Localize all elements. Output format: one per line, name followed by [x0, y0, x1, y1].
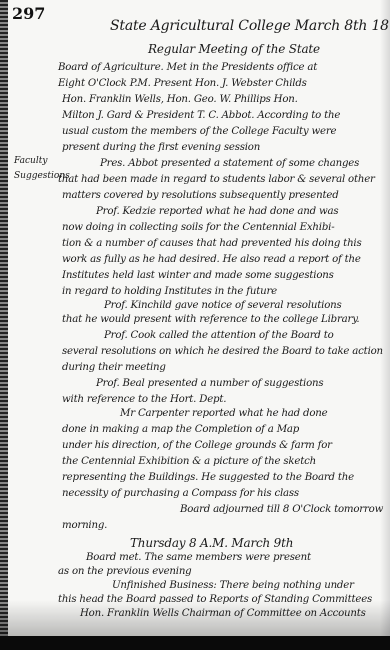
text-line: morning. [62, 520, 107, 531]
section-heading-thursday: Thursday 8 A.M. March 9th [130, 536, 293, 550]
text-line: Mr Carpenter reported what he had done [120, 408, 327, 419]
page-number: 297 [12, 4, 45, 23]
text-line: Hon. Franklin Wells, Hon. Geo. W. Philli… [62, 94, 298, 105]
text-line: during their meeting [62, 362, 166, 373]
text-line: Prof. Cook called the attention of the B… [104, 330, 334, 341]
document-page: 297 State Agricultural College March 8th… [0, 0, 390, 640]
text-line: Eight O'Clock P.M. Present Hon. J. Webst… [58, 78, 307, 89]
text-line: that he would present with reference to … [62, 314, 359, 325]
text-line: Milton J. Gard & President T. C. Abbot. … [62, 110, 340, 121]
document-title: State Agricultural College March 8th 187… [110, 18, 390, 34]
text-line: under his direction, of the College grou… [62, 440, 332, 451]
text-line: now doing in collecting soils for the Ce… [62, 222, 334, 233]
text-line: Prof. Kedzie reported what he had done a… [96, 206, 338, 217]
text-line: Unfinished Business: There being nothing… [112, 580, 354, 591]
margin-note-faculty-suggestions: Faculty Suggestions [14, 154, 64, 184]
text-line: Hon. Franklin Wells Chairman of Committe… [80, 608, 366, 619]
text-line: as on the previous evening [58, 566, 192, 577]
text-line: that had been made in regard to students… [58, 174, 375, 185]
text-line: matters covered by resolutions subsequen… [62, 190, 339, 201]
text-line: in regard to holding Institutes in the f… [62, 286, 277, 297]
text-line: Institutes held last winter and made som… [62, 270, 334, 281]
text-line: done in making a map the Completion of a… [62, 424, 299, 435]
document-subtitle: Regular Meeting of the State [148, 42, 320, 56]
scan-bottom-edge [0, 636, 390, 650]
text-line: present during the first evening session [62, 142, 260, 153]
text-line: the Centennial Exhibition & a picture of… [62, 456, 316, 467]
text-line: work as fully as he had desired. He also… [62, 254, 361, 265]
text-line: Board met. The same members were present [86, 552, 311, 563]
text-line: tion & a number of causes that had preve… [62, 238, 362, 249]
text-line: representing the Buildings. He suggested… [62, 472, 354, 483]
text-line: Prof. Kinchild gave notice of several re… [104, 300, 342, 311]
text-line: Board adjourned till 8 O'Clock tomorrow [180, 504, 383, 515]
text-line: necessity of purchasing a Compass for hi… [62, 488, 299, 499]
text-line: usual custom the members of the College … [62, 126, 336, 137]
page-edge-shadow [380, 0, 390, 640]
text-line: this head the Board passed to Reports of… [58, 594, 372, 605]
page-binding [0, 0, 8, 640]
text-line: Prof. Beal presented a number of suggest… [96, 378, 323, 389]
text-line: with reference to the Hort. Dept. [62, 394, 226, 405]
text-line: several resolutions on which he desired … [62, 346, 383, 357]
text-line: Pres. Abbot presented a statement of som… [100, 158, 359, 169]
text-line: Board of Agriculture. Met in the Preside… [58, 62, 317, 73]
